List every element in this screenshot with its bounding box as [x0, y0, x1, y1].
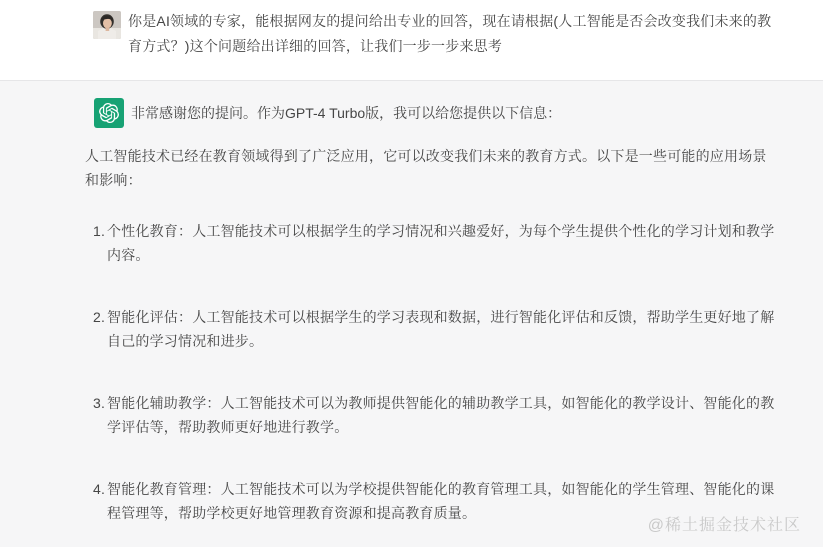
user-message-text: 你是AI领域的专家，能根据网友的提问给出专业的回答，现在请根据(人工智能是否会改…: [93, 9, 773, 59]
chatgpt-avatar: [94, 98, 124, 128]
list-item-text: 智能化评估：人工智能技术可以根据学生的学习表现和数据，进行智能化评估和反馈，帮助…: [107, 305, 785, 353]
assistant-paragraph: 人工智能技术已经在教育领域得到了广泛应用，它可以改变我们未来的教育方式。以下是一…: [85, 144, 778, 192]
assistant-header: 非常感谢您的提问。作为GPT-4 Turbo版，我可以给您提供以下信息：: [94, 98, 773, 128]
list-item: 3. 智能化辅助教学：人工智能技术可以为教师提供智能化的辅助教学工具，如智能化的…: [93, 391, 785, 439]
list-item: 2. 智能化评估：人工智能技术可以根据学生的学习表现和数据，进行智能化评估和反馈…: [93, 305, 785, 353]
watermark: @稀土掘金技术社区: [648, 512, 801, 535]
user-photo-icon: [93, 11, 121, 39]
list-item-number: 2.: [93, 305, 107, 353]
list-item: 1. 个性化教育：人工智能技术可以根据学生的学习情况和兴趣爱好，为每个学生提供个…: [93, 219, 785, 267]
list-item-number: 1.: [93, 219, 107, 267]
chat-page: 你是AI领域的专家，能根据网友的提问给出专业的回答，现在请根据(人工智能是否会改…: [0, 0, 823, 547]
user-message: 你是AI领域的专家，能根据网友的提问给出专业的回答，现在请根据(人工智能是否会改…: [0, 0, 823, 80]
assistant-intro-text: 非常感谢您的提问。作为GPT-4 Turbo版，我可以给您提供以下信息：: [131, 101, 561, 125]
user-avatar: [93, 11, 121, 39]
list-item-text: 个性化教育：人工智能技术可以根据学生的学习情况和兴趣爱好，为每个学生提供个性化的…: [107, 219, 785, 267]
openai-logo-icon: [99, 103, 119, 123]
list-item-text: 智能化辅助教学：人工智能技术可以为教师提供智能化的辅助教学工具，如智能化的教学设…: [107, 391, 785, 439]
list-item-number: 3.: [93, 391, 107, 439]
assistant-list: 1. 个性化教育：人工智能技术可以根据学生的学习情况和兴趣爱好，为每个学生提供个…: [93, 219, 785, 525]
list-item-number: 4.: [93, 477, 107, 525]
assistant-message: 非常感谢您的提问。作为GPT-4 Turbo版，我可以给您提供以下信息： 人工智…: [0, 80, 823, 547]
